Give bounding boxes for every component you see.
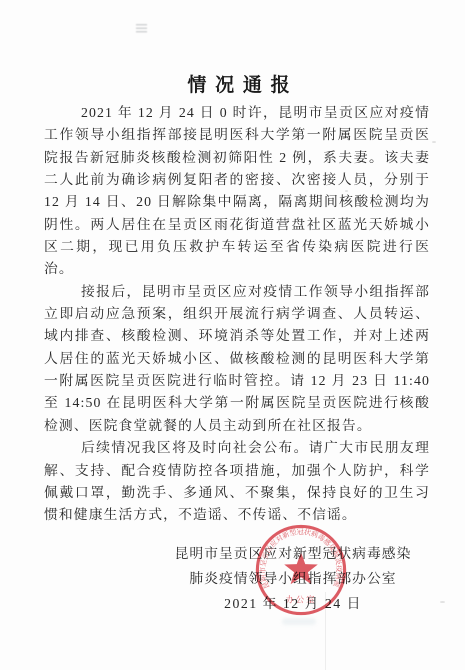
scan-speck: [432, 141, 436, 143]
scan-artifact: [136, 24, 147, 33]
signature-org-line-1: 昆明市呈贡区应对新型冠状病毒感染: [150, 541, 436, 566]
document-page: 情 况 通 报 2021 年 12 月 24 日 0 时许，昆明市呈贡区应对疫情…: [0, 0, 465, 670]
paragraph-report: 2021 年 12 月 24 日 0 时许，昆明市呈贡区应对疫情工作领导小组指挥…: [44, 102, 430, 281]
paragraph-response: 接报后，昆明市呈贡区应对疫情工作领导小组指挥部立即启动应急预案，组织开展流行病学…: [44, 281, 430, 437]
signature-block: 昆明市呈贡区应对新型冠状病毒感染 肺炎疫情领导小组指挥部办公室 2021 年 1…: [150, 541, 436, 616]
document-title: 情 况 通 报: [0, 70, 465, 97]
signature-date: 2021 年 12 月 24 日: [150, 591, 436, 616]
scan-speck: [440, 601, 445, 603]
scan-smudge: [282, 618, 316, 625]
signature-org-line-2: 肺炎疫情领导小组指挥部办公室: [150, 566, 436, 591]
paragraph-appeal: 后续情况我区将及时向社会公布。请广大市民朋友理解、支持、配合疫情防控各项措施，加…: [44, 437, 430, 526]
document-body: 2021 年 12 月 24 日 0 时许，昆明市呈贡区应对疫情工作领导小组指挥…: [44, 102, 430, 527]
